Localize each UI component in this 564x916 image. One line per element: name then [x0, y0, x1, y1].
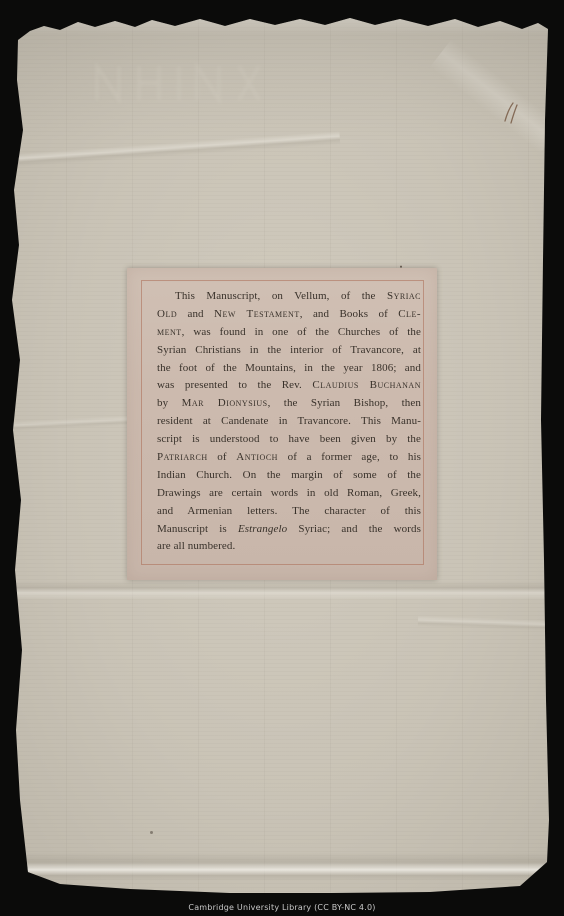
pasted-label: This Manuscript, on Vellum, of the Syria…	[127, 268, 437, 580]
attribution-caption: Cambridge University Library (CC BY-NC 4…	[0, 903, 564, 913]
label-line: are all numbered.	[157, 538, 421, 556]
label-line: This Manuscript, on Vellum, of the Syria…	[157, 288, 421, 306]
label-line: by Mar Dionysius, the Syrian Bishop, the…	[157, 395, 421, 413]
label-line: Drawings are certain words in old Roman,…	[157, 485, 421, 503]
crease-line	[9, 121, 340, 174]
label-text: This Manuscript, on Vellum, of the Syria…	[157, 288, 421, 556]
label-line: script is understood to have been given …	[157, 431, 421, 449]
label-line: the foot of the Mountains, in the year 1…	[157, 360, 421, 378]
label-line: Old and New Testament, and Books of Cle-	[157, 306, 421, 324]
manuscript-scan: This Manuscript, on Vellum, of the Syria…	[0, 0, 564, 916]
label-line: Manuscript is Estrangelo Syriac; and the…	[157, 521, 421, 539]
label-line: resident at Candenate in Travancore. Thi…	[157, 413, 421, 431]
paper-page: This Manuscript, on Vellum, of the Syria…	[0, 0, 564, 916]
handwritten-mark	[501, 100, 519, 126]
label-line: Syrian Christians in the interior of Tra…	[157, 342, 421, 360]
crease-line	[0, 577, 564, 603]
crease-line	[411, 5, 564, 178]
fold-line	[14, 850, 550, 882]
label-line: Indian Church. On the margin of some of …	[157, 467, 421, 485]
label-line: was presented to the Rev. Claudius Bucha…	[157, 377, 421, 395]
label-line: ment, was found in one of the Churches o…	[157, 324, 421, 342]
ink-speck	[150, 831, 153, 834]
label-line: and Armenian letters. The character of t…	[157, 503, 421, 521]
crease-line	[418, 609, 564, 634]
label-line: Patriarch of Antioch of a former age, to…	[157, 449, 421, 467]
watermark	[85, 56, 295, 111]
